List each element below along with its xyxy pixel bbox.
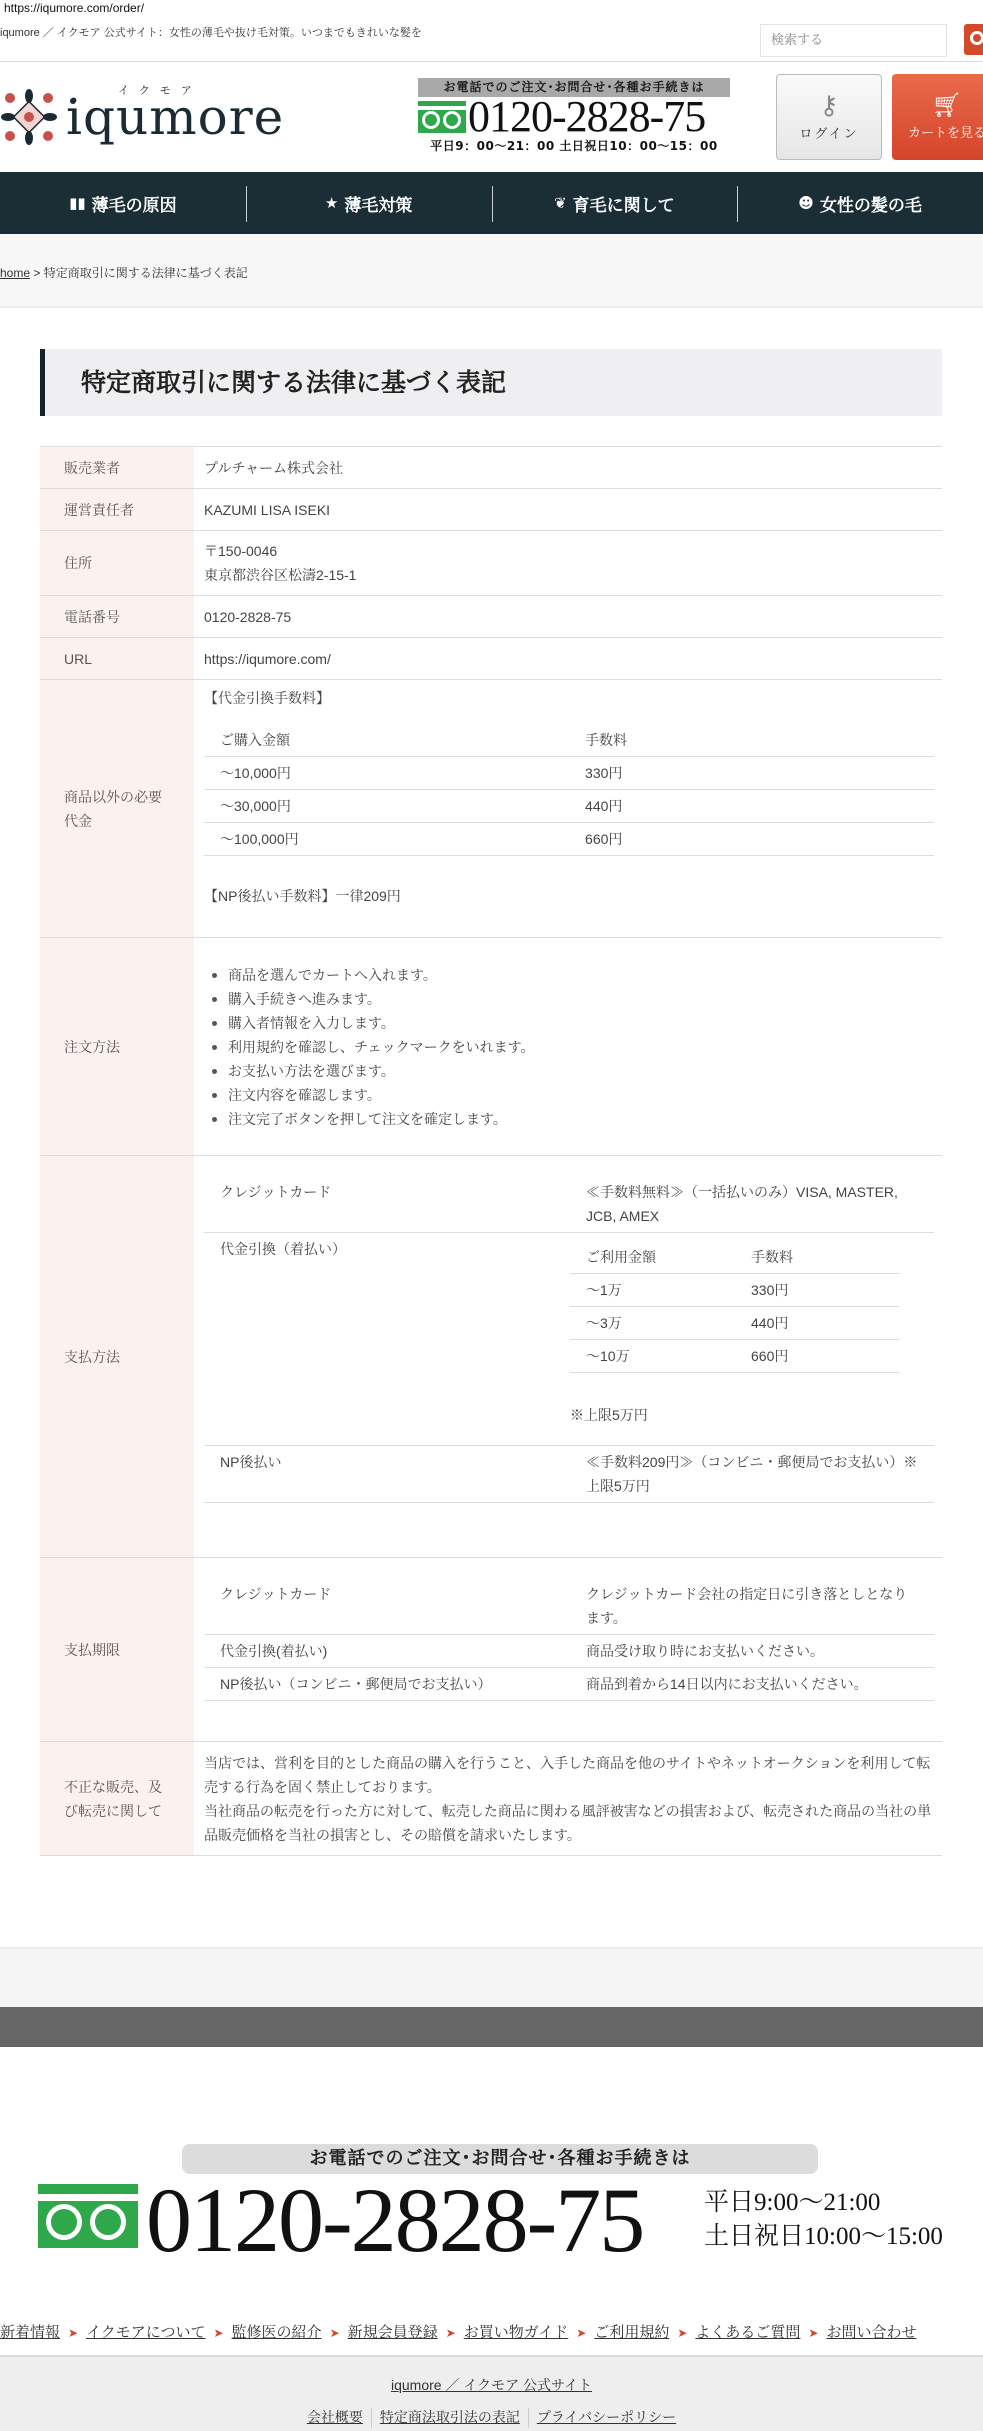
footer-link-legal[interactable]: 特定商法取引法の表記 xyxy=(372,2409,528,2425)
phone-hours: 平日9：00～21：00 土日祝日10：00～15：00 xyxy=(418,137,730,154)
table-row: 支払方法 クレジットカード ≪手数料無料≫（一括払いのみ）VISA, MASTE… xyxy=(40,1156,942,1558)
row-label: 販売業者 xyxy=(40,447,194,489)
payment-np-detail: ≪手数料209円≫（コンビニ・郵便局でお支払い）※上限5万円 xyxy=(570,1446,934,1503)
nav-label: 薄毛対策 xyxy=(344,191,412,216)
arrow-right-icon: ➤ xyxy=(677,2326,687,2340)
breadcrumb: home > 特定商取引に関する法律に基づく表記 xyxy=(0,264,248,281)
cell: ～10,000円 xyxy=(204,757,569,790)
list-item: 注文完了ボタンを押して注文を確定します。 xyxy=(208,1107,934,1131)
cod-fee-table: ご購入金額 手数料 ～10,000円330円 ～30,000円440円 ～100… xyxy=(204,724,934,856)
nav-label: 育毛に関して xyxy=(573,191,675,216)
table-row: ～100,000円660円 xyxy=(204,823,934,856)
book-icon: ▮▮ xyxy=(69,194,86,212)
footer-phone-block: お電話でのご注文･お問合せ･各種お手続きは 0120-2828-75 平日9:0… xyxy=(0,2140,983,2270)
hours-weekend: 土日祝日10:00～15:00 xyxy=(704,2220,943,2254)
main-content: 特定商取引に関する法律に基づく表記 販売業者 プルチャーム株式会社 運営責任者 … xyxy=(0,310,983,1947)
top-bar: https://iqumore.com/order/ iqumore ／ イクモ… xyxy=(0,0,983,62)
payment-methods-table: クレジットカード ≪手数料無料≫（一括払いのみ）VISA, MASTER, JC… xyxy=(204,1176,934,1503)
row-label: 運営責任者 xyxy=(40,489,194,531)
header-phone-block: お電話でのご注文･お問合せ･各種お手続きは 0120-2828-75 平日9：0… xyxy=(418,78,730,154)
row-value[interactable]: https://iqumore.com/ xyxy=(194,638,942,680)
payment-credit-name: クレジットカード xyxy=(204,1176,570,1233)
cart-icon: 🛒︎ xyxy=(892,88,983,122)
cell: NP後払い（コンビニ・郵便局でお支払い） xyxy=(204,1668,570,1701)
table-header-row: ご購入金額 手数料 xyxy=(204,724,934,757)
list-item: 利用規約を確認し、チェックマークをいれます。 xyxy=(208,1035,934,1059)
address-line: 東京都渋谷区松濤2-15-1 xyxy=(204,563,934,587)
column-header: 手数料 xyxy=(569,724,934,757)
search-button[interactable] xyxy=(964,24,983,55)
arrow-right-icon: ➤ xyxy=(446,2326,456,2340)
cell: 商品到着から14日以内にお支払いください。 xyxy=(570,1668,934,1701)
search-icon xyxy=(970,31,983,45)
table-row: 住所 〒150-0046 東京都渋谷区松濤2-15-1 xyxy=(40,531,942,596)
cell: ～100,000円 xyxy=(204,823,569,856)
cod-usage-fee-table: ご利用金額手数料 ～1万330円 ～3万440円 ～10万660円 xyxy=(570,1241,900,1373)
column-header: ご購入金額 xyxy=(204,724,569,757)
logo[interactable]: イクモア iqumore xyxy=(0,88,260,148)
cell: 440円 xyxy=(569,790,934,823)
table-row: 注文方法 商品を選んでカートへ入れます。 購入手続きへ進みます。 購入者情報を入… xyxy=(40,938,942,1156)
nav-item-hair-growth[interactable]: ❦ 育毛に関して xyxy=(492,172,738,234)
payment-np-name: NP後払い xyxy=(204,1446,570,1503)
footer-spacer xyxy=(0,1947,983,2007)
cell: 660円 xyxy=(569,823,934,856)
cell: ～1万 xyxy=(570,1274,735,1307)
cell: 440円 xyxy=(735,1307,900,1340)
breadcrumb-area: home > 特定商取引に関する法律に基づく表記 xyxy=(0,234,983,308)
list-item: お支払い方法を選びます。 xyxy=(208,1059,934,1083)
list-item: 商品を選んでカートへ入れます。 xyxy=(208,963,934,987)
footer-link-shopping-guide[interactable]: お買い物ガイド xyxy=(464,2324,569,2341)
arrow-right-icon: ➤ xyxy=(330,2326,340,2340)
row-label: 商品以外の必要代金 xyxy=(40,680,194,938)
row-value: プルチャーム株式会社 xyxy=(194,447,942,489)
arrow-right-icon: ➤ xyxy=(68,2326,78,2340)
table-row: 代金引換(着払い)商品受け取り時にお支払いください。 xyxy=(204,1635,934,1668)
cell: ～3万 xyxy=(570,1307,735,1340)
footer-link-doctor[interactable]: 監修医の紹介 xyxy=(232,2324,322,2341)
list-item: 注文内容を確認します。 xyxy=(208,1083,934,1107)
nav-item-hair-loss-measures[interactable]: ★ 薄毛対策 xyxy=(246,172,492,234)
breadcrumb-home-link[interactable]: home xyxy=(0,266,30,280)
footer-link-about[interactable]: イクモアについて xyxy=(86,2324,205,2341)
row-label: 電話番号 xyxy=(40,596,194,638)
phone-number[interactable]: 0120-2828-75 xyxy=(468,97,705,137)
row-label: 注文方法 xyxy=(40,938,194,1156)
table-row: ～30,000円440円 xyxy=(204,790,934,823)
table-row: クレジットカード ≪手数料無料≫（一括払いのみ）VISA, MASTER, JC… xyxy=(204,1176,934,1233)
cell: 代金引換(着払い) xyxy=(204,1635,570,1668)
freedial-icon xyxy=(418,101,466,133)
table-row: 不正な販売、及び転売に関して 当店では、営利を目的とした商品の購入を行うこと、入… xyxy=(40,1742,942,1856)
footer-bottom: iqumore ／ イクモア 公式サイト 会社概要特定商法取引法の表記プライバシ… xyxy=(0,2355,983,2431)
postal-code: 〒150-0046 xyxy=(204,539,934,563)
order-steps-list: 商品を選んでカートへ入れます。 購入手続きへ進みます。 購入者情報を入力します。… xyxy=(204,955,934,1139)
freedial-icon xyxy=(38,2184,138,2248)
login-button[interactable]: ⚷ ログイン xyxy=(776,74,882,160)
list-item: 購入手続きへ進みます。 xyxy=(208,987,934,1011)
np-fee-note: 【NP後払い手数料】一律209円 xyxy=(204,884,934,908)
star-icon: ★ xyxy=(325,194,338,212)
footer-links: 新着情報➤イクモアについて➤監修医の紹介➤新規会員登録➤お買い物ガイド➤ご利用規… xyxy=(0,2321,983,2342)
nav-label: 薄毛の原因 xyxy=(92,191,177,216)
table-row: クレジットカードクレジットカード会社の指定日に引き落としとなります。 xyxy=(204,1578,934,1635)
breadcrumb-current: 特定商取引に関する法律に基づく表記 xyxy=(44,266,248,280)
cell: ～30,000円 xyxy=(204,790,569,823)
row-label: 住所 xyxy=(40,531,194,596)
table-row: ～1万330円 xyxy=(570,1274,900,1307)
row-label: 支払方法 xyxy=(40,1156,194,1558)
footer-sub-links: 会社概要特定商法取引法の表記プライバシーポリシー xyxy=(0,2407,983,2428)
breadcrumb-separator: > xyxy=(30,266,44,280)
cell: 660円 xyxy=(735,1340,900,1373)
site-header: イクモア iqumore お電話でのご注文･お問合せ･各種お手続きは 0120-… xyxy=(0,62,983,172)
footer-link-company[interactable]: 会社概要 xyxy=(299,2409,371,2425)
search-input[interactable]: 検索する xyxy=(760,24,947,57)
arrow-right-icon: ➤ xyxy=(576,2326,586,2340)
logo-text: iqumore xyxy=(66,88,284,146)
cart-button[interactable]: 🛒︎ カートを見る xyxy=(892,74,983,160)
nav-item-hair-loss-causes[interactable]: ▮▮ 薄毛の原因 xyxy=(0,172,246,234)
footer-phone-hours: 平日9:00～21:00 土日祝日10:00～15:00 xyxy=(704,2186,943,2254)
main-nav: ▮▮ 薄毛の原因 ★ 薄毛対策 ❦ 育毛に関して ☻ 女性の髪の毛 xyxy=(0,172,983,234)
column-header: ご利用金額 xyxy=(570,1241,735,1274)
table-row: 販売業者 プルチャーム株式会社 xyxy=(40,447,942,489)
column-header: 手数料 xyxy=(735,1241,900,1274)
row-label: 不正な販売、及び転売に関して xyxy=(40,1742,194,1856)
payment-credit-detail: ≪手数料無料≫（一括払いのみ）VISA, MASTER, JCB, AMEX xyxy=(570,1176,934,1233)
row-value: KAZUMI LISA ISEKI xyxy=(194,489,942,531)
page-title: 特定商取引に関する法律に基づく表記 xyxy=(45,349,942,416)
table-row: 商品以外の必要代金 【代金引換手数料】 ご購入金額 手数料 ～10,000円33… xyxy=(40,680,942,938)
footer-link-terms[interactable]: ご利用規約 xyxy=(594,2324,669,2341)
cell: ～10万 xyxy=(570,1340,735,1373)
page-title-box: 特定商取引に関する法律に基づく表記 xyxy=(40,349,942,416)
table-row: 電話番号 0120-2828-75 xyxy=(40,596,942,638)
page-url: https://iqumore.com/order/ xyxy=(4,1,144,15)
table-row: 支払期限 クレジットカードクレジットカード会社の指定日に引き落としとなります。 … xyxy=(40,1558,942,1742)
row-label: URL xyxy=(40,638,194,680)
cell: 330円 xyxy=(569,757,934,790)
logo-ornament-icon xyxy=(0,88,58,146)
nav-label: 女性の髪の毛 xyxy=(820,191,922,216)
table-row: URL https://iqumore.com/ xyxy=(40,638,942,680)
cart-label: カートを見る xyxy=(908,126,983,141)
login-label: ログイン xyxy=(799,127,858,142)
nav-item-womens-hair[interactable]: ☻ 女性の髪の毛 xyxy=(737,172,983,234)
cod-limit-note: ※上限5万円 xyxy=(570,1373,934,1445)
footer-site-link[interactable]: iqumore ／ イクモア 公式サイト xyxy=(391,2375,592,2395)
table-row: ～3万440円 xyxy=(570,1307,900,1340)
cell: 商品受け取り時にお支払いください。 xyxy=(570,1635,934,1668)
row-value: 0120-2828-75 xyxy=(194,596,942,638)
footer-link-faq[interactable]: よくあるご質問 xyxy=(695,2324,800,2341)
footer-link-register[interactable]: 新規会員登録 xyxy=(348,2324,438,2341)
table-row: ～10万660円 xyxy=(570,1340,900,1373)
hours-weekday: 平日9:00～21:00 xyxy=(704,2186,943,2220)
arrow-right-icon: ➤ xyxy=(808,2326,818,2340)
site-tagline: iqumore ／ イクモア 公式サイト：女性の薄毛や抜け毛対策。いつまでもきれ… xyxy=(0,24,422,40)
leaf-icon: ❦ xyxy=(554,194,567,212)
cell: クレジットカード xyxy=(204,1578,570,1635)
footer-band xyxy=(0,2007,983,2047)
footer-phone-number[interactable]: 0120-2828-75 xyxy=(146,2180,643,2260)
table-row: NP後払い ≪手数料209円≫（コンビニ・郵便局でお支払い）※上限5万円 xyxy=(204,1446,934,1503)
resale-paragraph-2: 当社商品の転売を行った方に対して、転売した商品に関わる風評被害などの損害および、… xyxy=(204,1799,934,1847)
footer-link-news[interactable]: 新着情報 xyxy=(0,2324,60,2341)
footer-link-contact[interactable]: お問い合わせ xyxy=(826,2324,916,2341)
resale-paragraph-1: 当店では、営利を目的とした商品の購入を行うこと、入手した商品を他のサイトやネット… xyxy=(204,1751,934,1799)
cod-fee-heading: 【代金引換手数料】 xyxy=(204,686,934,710)
cell: クレジットカード会社の指定日に引き落としとなります。 xyxy=(570,1578,934,1635)
key-icon: ⚷ xyxy=(777,89,881,123)
row-label: 支払期限 xyxy=(40,1558,194,1742)
table-row: 代金引換（着払い） ご利用金額手数料 ～1万330円 ～3万440円 ～10万6… xyxy=(204,1233,934,1446)
payment-cod-name: 代金引換（着払い） xyxy=(204,1233,570,1446)
payment-deadline-table: クレジットカードクレジットカード会社の指定日に引き落としとなります。 代金引換(… xyxy=(204,1578,934,1701)
table-row: 運営責任者 KAZUMI LISA ISEKI xyxy=(40,489,942,531)
arrow-right-icon: ➤ xyxy=(213,2326,223,2340)
table-row: ～10,000円330円 xyxy=(204,757,934,790)
smile-icon: ☻ xyxy=(798,194,814,212)
table-row: NP後払い（コンビニ・郵便局でお支払い）商品到着から14日以内にお支払いください… xyxy=(204,1668,934,1701)
cell: 330円 xyxy=(735,1274,900,1307)
footer-link-privacy[interactable]: プライバシーポリシー xyxy=(529,2409,684,2425)
list-item: 購入者情報を入力します。 xyxy=(208,1011,934,1035)
legal-notice-table: 販売業者 プルチャーム株式会社 運営責任者 KAZUMI LISA ISEKI … xyxy=(40,446,942,1856)
